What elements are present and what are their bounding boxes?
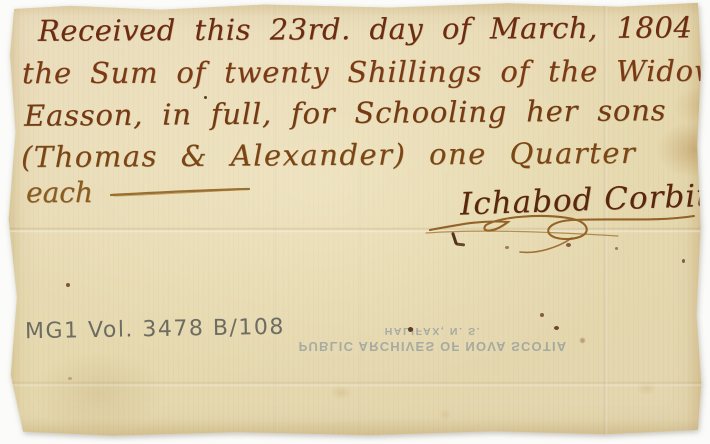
ink-spot [682, 259, 685, 263]
stain-spot [580, 338, 585, 343]
ink-spot [615, 247, 618, 250]
receipt-line-2: the Sum of twenty Shillings of the Widow [22, 54, 702, 90]
horizontal-fold-line [8, 382, 702, 386]
receipt-paper: Received this 23rd. day of March, 1804 —… [8, 2, 702, 436]
signature-flourish [422, 208, 702, 260]
receipt-line-5: each [26, 176, 93, 209]
receipt-line-3: Easson, in full, for Schooling her sons [24, 93, 667, 133]
stain-spot [68, 377, 72, 380]
ink-spot [66, 283, 70, 287]
stamp-line-2: HALIFAX, N. S. [296, 323, 570, 338]
ink-spot [554, 326, 559, 330]
vertical-fold-line [360, 152, 363, 436]
archives-stamp: PUBLIC ARCHIVES OF NOVA SCOTIA HALIFAX, … [296, 323, 570, 355]
ink-spot [540, 313, 544, 317]
ink-spot [204, 96, 207, 99]
receipt-line-4: (Thomas & Alexander) one Quarter [21, 136, 637, 174]
pen-dash-stroke [108, 184, 253, 200]
ink-spot [566, 243, 571, 247]
archival-reference-note: MG1 Vol. 3478 B/108 [25, 315, 285, 345]
ink-spot [408, 327, 413, 332]
receipt-line-1: Received this 23rd. day of March, 1804 — [38, 10, 702, 48]
stamp-line-1: PUBLIC ARCHIVES OF NOVA SCOTIA [296, 338, 570, 355]
paper-shadow-wrap: Received this 23rd. day of March, 1804 —… [0, 0, 710, 444]
scanned-receipt-document: Received this 23rd. day of March, 1804 —… [0, 0, 710, 444]
ink-spot [505, 246, 509, 249]
